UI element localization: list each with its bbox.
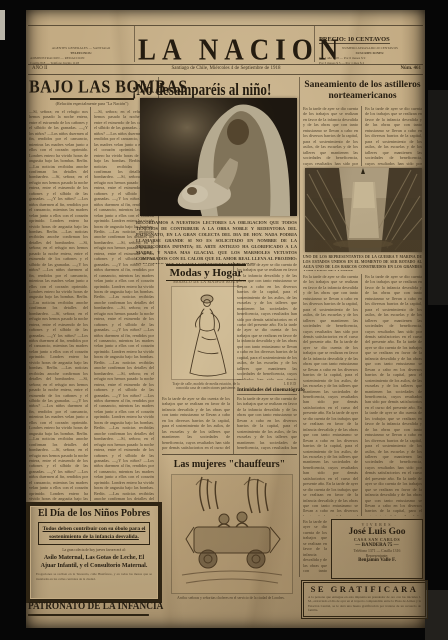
ninos-pobres-ad: El Día de los Niños Pobres Todos deben c… <box>28 504 160 601</box>
price-box: PRECIO: 10 CENTAVOS NUMERO ATRASADO 20 C… <box>319 28 421 62</box>
ninos-pobres-note: La gran colecta de hoy jueves favorecerá… <box>30 548 158 552</box>
cine-text-upper: En la tarde de ayer se dio cuenta de los… <box>237 262 297 380</box>
fashion-caption: Traje de calle, modelo de media estación… <box>166 382 246 391</box>
bombas-subtitle-rule <box>50 98 134 100</box>
scan-artifact-bottom-right <box>425 590 448 640</box>
column-rule-b-inner <box>233 262 234 454</box>
headline-chauffeurs: Las mujeres "chauffeurs" <box>162 459 297 470</box>
goo-name: José Luis Goo <box>332 527 422 537</box>
astilleros-text-1: En la tarde de ayer se dio cuenta de los… <box>303 106 358 166</box>
fashion-figure <box>172 287 242 379</box>
gratificara-title: SE GRATIFICARA <box>304 584 425 594</box>
modas-text: En la tarde de ayer se dio cuenta de los… <box>162 396 230 452</box>
right-text-3: En la tarde de ayer se dio cuenta de los… <box>303 519 327 575</box>
price-title: PRECIO: 10 CENTAVOS <box>319 36 390 44</box>
newspaper-title: LA NACION <box>138 32 310 68</box>
dateline-date: Santiago de Chile, Miércoles 4 de Septie… <box>106 66 346 71</box>
headline-modas: Modas y Hogar <box>166 266 246 280</box>
headline-astilleros: Saneamiento de los astilleros norteameri… <box>303 80 422 102</box>
fashion-sketch <box>172 287 242 379</box>
scan-artifact-right <box>428 90 448 305</box>
ninos-pobres-fineprint: Erogaciones se reciben en la Tesorería, … <box>36 572 152 581</box>
gratificara-body: A la persona que entregue en esta impren… <box>308 595 421 612</box>
masthead-divider-left <box>134 26 135 62</box>
newspaper-page: AGENTES GENERALES — SANTIAGO TELEFONOS: … <box>26 10 425 628</box>
madonna-photo <box>140 98 297 216</box>
goo-line2: — BANDERA 75 — <box>332 543 422 548</box>
chauffeurs-caption: Arriba: señoras y señoritas choferes en … <box>166 596 296 600</box>
ninos-pobres-lead: Todos deben contribuir con su óbolo para… <box>42 525 146 542</box>
gratificara-ad: SE GRATIFICARA A la persona que entregue… <box>301 580 428 619</box>
cine-text-lower: En la tarde de ayer se dio cuenta de los… <box>237 396 297 452</box>
madonna-caption: RECORDAMOS A NUESTROS LECTORES LA OBLIGA… <box>136 220 297 264</box>
shipyard-illustration <box>305 168 422 252</box>
madonna-illustration <box>140 98 297 216</box>
goo-line3: Teléfono 1371 — Casilla 1316 <box>332 549 422 553</box>
dateline-year: AÑO II <box>32 66 47 71</box>
newspaper-scan: { "masthead": { "edition": { "title": "E… <box>0 0 448 640</box>
headline-cine: Intimidades del cinematógrafo <box>237 387 297 395</box>
ninos-pobres-institutions: Asilo Maternal, Las Gotas de Leche, El A… <box>36 554 152 571</box>
right-text-2: En la tarde de ayer se dio cuenta de los… <box>365 274 422 516</box>
dateline-bottom-rule <box>28 74 423 75</box>
edition-box: AGENTES GENERALES — SANTIAGO TELEFONOS: … <box>30 28 132 62</box>
chauffeurs-sketch <box>172 475 292 593</box>
masthead-top-rule <box>28 25 423 26</box>
column-rule-c-inner-top <box>361 106 362 166</box>
dateline-number: Núm. 461 <box>366 66 421 71</box>
bombas-text-col-1: —Sí, señora; en el refugio nos hemos pas… <box>29 109 88 501</box>
shipyard-caption: UNO DE LOS REPRESENTANTES DE LA GUERRA Y… <box>303 255 422 271</box>
chauffeurs-illustration <box>172 475 292 593</box>
goo-line5: Benjamín Valle F. <box>332 558 422 563</box>
astilleros-text-2: En la tarde de ayer se dio cuenta de los… <box>365 106 422 166</box>
masthead-divider-right <box>314 26 315 62</box>
chauffeurs-top-rule <box>162 454 297 455</box>
bombas-subtitle: (Relación especialmente para "La Nación"… <box>28 101 156 106</box>
modas-subtitle: MODELO DE LA MAISON ROUX <box>166 280 246 284</box>
ninos-pobres-lead-box: Todos deben contribuir con su óbolo para… <box>38 522 150 545</box>
patronato-footer: PATRONATO DE LA INFANCIA <box>28 601 149 616</box>
column-rule-a-inner <box>90 107 91 501</box>
goo-ad: VIVERES José Luis Goo CASA SAN CARLOS — … <box>331 519 423 579</box>
scan-artifact-left <box>0 10 5 40</box>
headline-no-desampareis: ¡No desamparéis al niño! <box>132 80 271 100</box>
column-rule-c-inner-bottom <box>361 274 362 516</box>
dateline-top-rule <box>28 64 423 65</box>
modas-header-box: Modas y Hogar <box>166 264 246 281</box>
goo-line1: CASA SAN CARLOS <box>332 537 422 542</box>
cine-kicker: LEED <box>237 382 297 386</box>
column-rule-b-c <box>299 77 300 577</box>
right-text-1: En la tarde de ayer se dio cuenta de los… <box>303 274 358 516</box>
ninos-pobres-title: El Día de los Niños Pobres <box>33 508 155 519</box>
shipyard-photo <box>305 168 422 252</box>
